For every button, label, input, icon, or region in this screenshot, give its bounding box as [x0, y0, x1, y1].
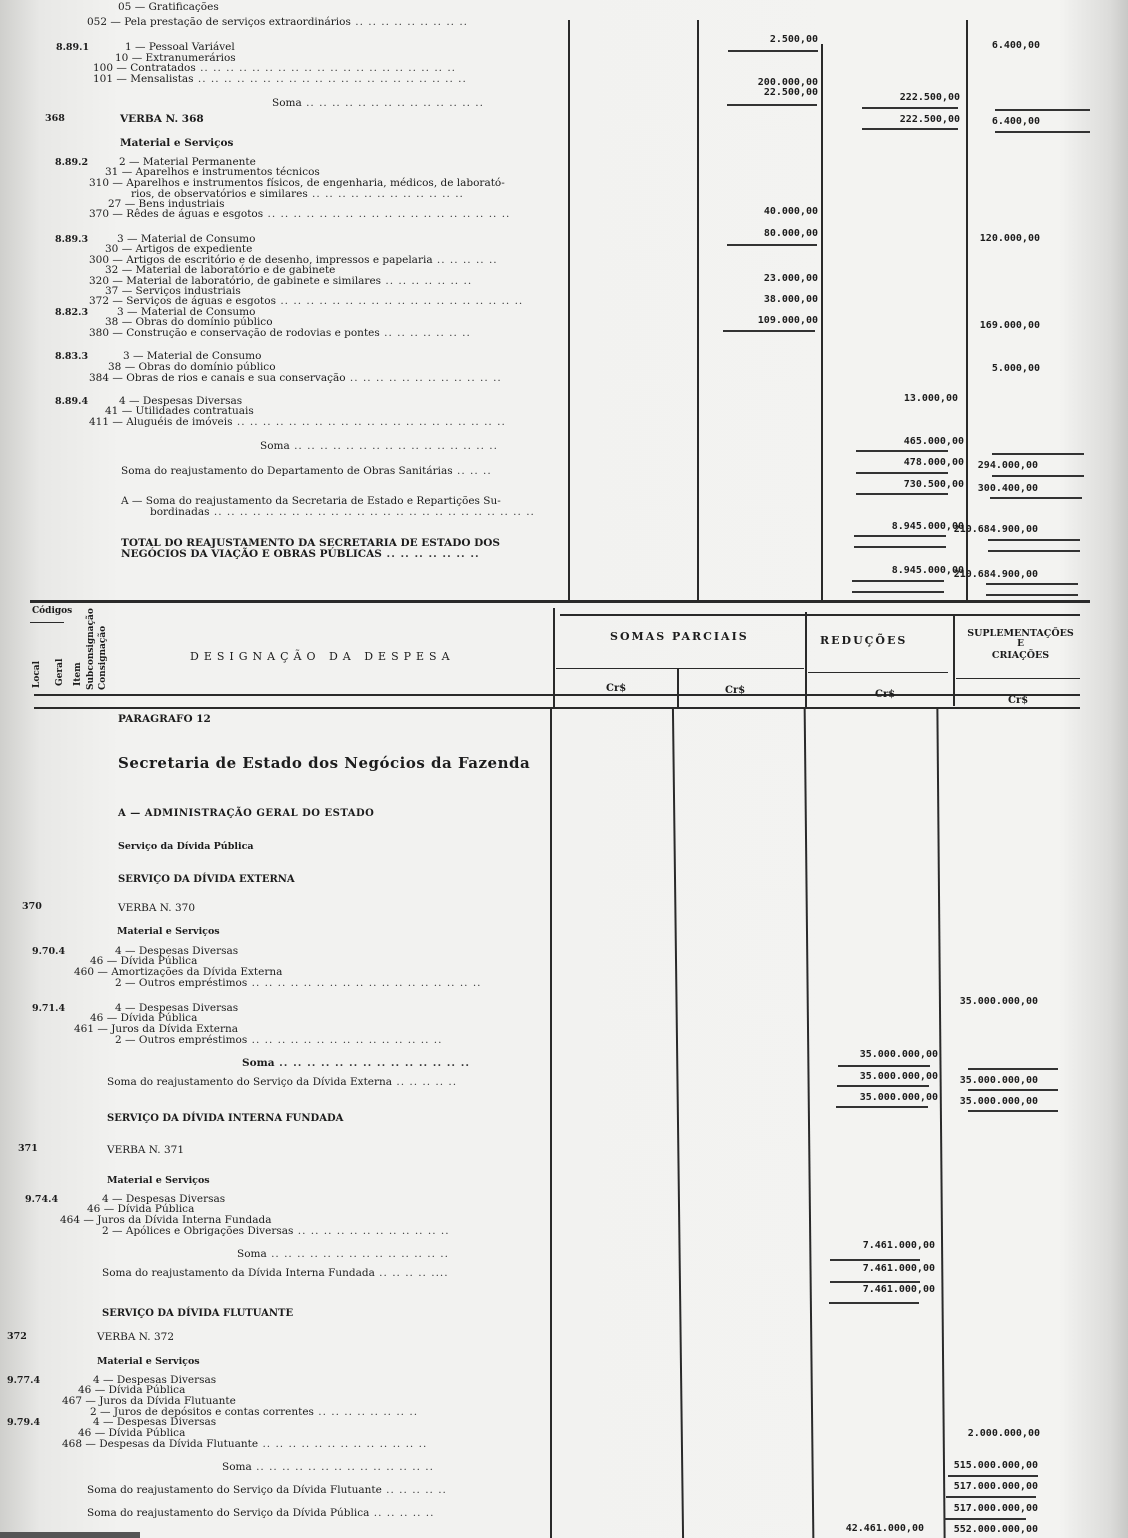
line-redes-aguas: 370 — Rêdes de águas e esgotos .. .. .. …	[89, 209, 510, 220]
line-despesas-flutuante: 468 — Despesas da Dívida Flutuante .. ..…	[62, 1439, 427, 1450]
rule	[990, 497, 1082, 499]
val-alugueis: 13.000,00	[904, 393, 958, 404]
code-9-70-4: 9.70.4	[32, 946, 65, 957]
line-soma-reaj-externa: Soma do reajustamento do Serviço da Dívi…	[107, 1077, 457, 1088]
header-consignacao: Consignação	[98, 616, 108, 690]
line-outros-emprestimos-1: 2 — Outros empréstimos .. .. .. .. .. ..…	[115, 978, 482, 989]
val-reaj-flutuante-supl: 517.000.000,00	[954, 1481, 1038, 1492]
line-soma-372: Soma .. .. .. .. .. .. .. .. .. .. .. ..…	[222, 1462, 434, 1473]
line-mensalistas: 101 — Mensalistas .. .. .. .. .. .. .. .…	[93, 74, 467, 85]
administracao-geral: A — ADMINISTRAÇÃO GERAL DO ESTADO	[118, 808, 374, 819]
header-rule-reducoes	[805, 612, 807, 708]
rule	[837, 1085, 929, 1087]
servico-divida-externa-heading: SERVIÇO DA DÍVIDA EXTERNA	[118, 874, 295, 885]
page-bottom-edge	[0, 1532, 140, 1538]
line-soma-2: Soma .. .. .. .. .. .. .. .. .. .. .. ..…	[260, 441, 498, 452]
header-bottom-rule	[34, 707, 1080, 709]
code-8-83-3: 8.83.3	[55, 351, 88, 362]
rule	[968, 1089, 1058, 1091]
rule	[968, 1110, 1058, 1112]
header-rule-supl	[953, 614, 955, 706]
rule	[856, 472, 948, 474]
codigos-rule	[30, 622, 64, 623]
line-alugueis: 411 — Aluguéis de imóveis .. .. .. .. ..…	[89, 417, 506, 428]
val-soma-371: 7.461.000,00	[863, 1240, 935, 1251]
rule	[856, 450, 948, 452]
val-total-externa-reducoes: 35.000.000,00	[860, 1092, 938, 1103]
header-item: Item	[73, 636, 83, 686]
code-371: 371	[18, 1143, 38, 1154]
line-rodovias-pontes: 380 — Construção e conservação de rodovi…	[89, 328, 471, 339]
val-total-supl-2: 210.684.900,00	[954, 569, 1038, 580]
supl-rule	[956, 678, 1080, 679]
rule	[723, 330, 815, 332]
rule	[992, 453, 1084, 455]
column-rule-designacao	[568, 20, 570, 602]
line-subordinadas: bordinadas .. .. .. .. .. .. .. .. .. ..…	[150, 507, 535, 518]
val-aparelhos: 40.000,00	[764, 206, 818, 217]
val-reaj-externa-reducoes: 35.000.000,00	[860, 1071, 938, 1082]
rule	[836, 1106, 928, 1108]
header-rule-partial	[677, 668, 679, 708]
rule	[830, 1259, 920, 1261]
code-372: 372	[7, 1331, 27, 1342]
val-publica-supl: 552.000.000,00	[954, 1524, 1038, 1535]
material-servicos-370: Material e Serviços	[117, 926, 220, 937]
rule	[829, 1302, 919, 1304]
rule	[854, 535, 946, 537]
material-servicos-1: Material e Serviços	[120, 138, 233, 149]
rule	[968, 1068, 1058, 1070]
line-soma-reaj-interna: Soma do reajustamento da Dívida Interna …	[102, 1268, 449, 1279]
column-rule-reducoes-b	[936, 709, 945, 1538]
rule	[992, 475, 1084, 477]
line-rios-canais: 384 — Obras de rios e canais e sua conse…	[89, 373, 502, 384]
val-gratificacoes-partial: 2.500,00	[770, 34, 818, 45]
val-redes: 80.000,00	[764, 228, 818, 239]
val-soma-reducoes: 222.500,00	[900, 114, 960, 125]
verba-370: VERBA N. 370	[118, 903, 195, 914]
code-9-71-4: 9.71.4	[32, 1003, 65, 1014]
val-total-interna: 7.461.000,00	[863, 1284, 935, 1295]
val-publica-reducoes: 42.461.000,00	[846, 1523, 924, 1534]
code-9-79-4: 9.79.4	[7, 1417, 40, 1428]
line-soma-1: Soma .. .. .. .. .. .. .. .. .. .. .. ..…	[272, 98, 484, 109]
column-rule-reducoes	[966, 20, 968, 602]
rule	[852, 580, 944, 582]
total-reajustamento-line2: NEGÓCIOS DA VIAÇÃO E OBRAS PÚBLICAS .. .…	[121, 549, 480, 560]
rule	[944, 1518, 1026, 1520]
val-amortizacoes-supl: 35.000.000,00	[960, 996, 1038, 1007]
material-servicos-372: Material e Serviços	[97, 1356, 200, 1367]
header-cr-1: Cr$	[606, 683, 626, 694]
column-rule-partial-2-b	[804, 709, 815, 1538]
val-pessoal-soma: 222.500,00	[900, 92, 960, 103]
val-material-consumo-supl: 169.000,00	[980, 320, 1040, 331]
code-9-74-4: 9.74.4	[25, 1194, 58, 1205]
val-servicos-aguas: 38.000,00	[764, 294, 818, 305]
header-rule-designacao	[553, 608, 555, 708]
line-servicos-extraordinarios: 052 — Pela prestação de serviços extraor…	[87, 17, 468, 28]
rule	[727, 104, 817, 106]
servico-divida-interna-heading: SERVIÇO DA DÍVIDA INTERNA FUNDADA	[107, 1113, 343, 1124]
material-servicos-371: Material e Serviços	[107, 1175, 210, 1186]
val-juros-depositos-supl: 2.000.000,00	[968, 1428, 1040, 1439]
val-obras-sanitarias-reducoes: 478.000,00	[904, 457, 964, 468]
val-total-externa-supl: 35.000.000,00	[960, 1096, 1038, 1107]
header-codigos: Códigos	[32, 606, 72, 617]
column-rule-partial-2	[821, 44, 823, 602]
header-geral: Geral	[55, 636, 65, 686]
val-rodovias: 109.000,00	[758, 315, 818, 326]
scanned-budget-page: 05 — Gratificações 052 — Pela prestação …	[0, 0, 1128, 1538]
verba-372: VERBA N. 372	[97, 1332, 174, 1343]
servico-divida-publica: Serviço da Dívida Pública	[118, 841, 254, 852]
header-somas-parciais: SOMAS PARCIAIS	[610, 630, 749, 643]
header-cr-3: Cr$	[875, 689, 895, 700]
column-rule-partial-1-b	[672, 709, 684, 1538]
line-gratificacoes: 05 — Gratificações	[118, 2, 219, 13]
val-secretaria-supl: 300.400,00	[978, 483, 1038, 494]
val-secretaria-reducoes: 730.500,00	[904, 479, 964, 490]
val-soma-370: 35.000.000,00	[860, 1049, 938, 1060]
rule	[830, 1281, 920, 1283]
val-reaj-interna: 7.461.000,00	[863, 1263, 935, 1274]
header-cr-2: Cr$	[725, 685, 745, 696]
val-total-supl-1: 210.684.900,00	[954, 524, 1038, 535]
val-gratificacoes-supl: 6.400,00	[992, 40, 1040, 51]
header-local: Local	[32, 638, 42, 688]
header-criacoes: CRIAÇÕES	[958, 650, 1083, 661]
somas-parciais-rule	[556, 668, 804, 669]
column-rule-partial-1	[697, 20, 699, 602]
rule	[988, 539, 1080, 541]
line-soma-obras-sanitarias: Soma do reajustamento do Departamento de…	[121, 466, 492, 477]
line-soma-reaj-flutuante: Soma do reajustamento do Serviço da Dívi…	[87, 1485, 447, 1496]
line-soma-371: Soma .. .. .. .. .. .. .. .. .. .. .. ..…	[237, 1249, 449, 1260]
rule	[838, 1065, 930, 1067]
rule	[856, 493, 948, 495]
paragrafo-12: PARAGRAFO 12	[118, 714, 211, 725]
code-8-89-1: 8.89.1	[56, 42, 89, 53]
header-suplementacoes: SUPLEMENTAÇÕES	[958, 628, 1083, 639]
code-368: 368	[45, 113, 65, 124]
val-rios-canais-supl: 5.000,00	[992, 363, 1040, 374]
rule	[986, 583, 1078, 585]
rule	[988, 550, 1080, 552]
header-designacao: DESIGNAÇÃO DA DESPESA	[190, 650, 455, 663]
header-subconsignacao: Subconsignação	[86, 600, 96, 690]
line-apolices: 2 — Apólices e Obrigações Diversas .. ..…	[102, 1226, 450, 1237]
val-reaj-externa-supl: 35.000.000,00	[960, 1075, 1038, 1086]
servico-divida-flutuante-heading: SERVIÇO DA DÍVIDA FLUTUANTE	[102, 1308, 293, 1319]
val-obras-sanitarias-supl: 294.000,00	[978, 460, 1038, 471]
secretaria-title: Secretaria de Estado dos Negócios da Faz…	[118, 758, 530, 769]
val-laboratorio: 23.000,00	[764, 273, 818, 284]
header-top-rule	[30, 600, 1090, 603]
verba-368: VERBA N. 368	[120, 114, 204, 125]
rule	[852, 591, 944, 593]
rule	[728, 50, 818, 52]
rule	[995, 131, 1090, 133]
val-soma-supl: 6.400,00	[992, 116, 1040, 127]
reducoes-rule	[808, 672, 948, 673]
code-8-82-3: 8.82.3	[55, 307, 88, 318]
rule	[986, 594, 1078, 596]
rule	[948, 1475, 1038, 1477]
line-soma-reaj-publica: Soma do reajustamento do Serviço da Dívi…	[87, 1508, 434, 1519]
rule	[946, 1496, 1036, 1498]
val-soma2-reducoes: 465.000,00	[904, 436, 964, 447]
code-370: 370	[22, 901, 42, 912]
line-soma-370: Soma .. .. .. .. .. .. .. .. .. .. .. ..…	[242, 1058, 470, 1069]
header-supl-e: E	[958, 639, 1083, 649]
code-8-89-2: 8.89.2	[55, 157, 88, 168]
codes-bottom-rule	[34, 694, 1080, 696]
rule	[862, 128, 958, 130]
val-reaj2-flutuante-supl: 517.000.000,00	[954, 1503, 1038, 1514]
verba-371: VERBA N. 371	[107, 1145, 184, 1156]
code-8-89-4: 8.89.4	[55, 396, 88, 407]
code-9-77-4: 9.77.4	[7, 1375, 40, 1386]
header-cr-4: Cr$	[1008, 695, 1028, 706]
rule	[862, 107, 958, 109]
val-mensalistas: 22.500,00	[764, 87, 818, 98]
line-outros-emprestimos-2: 2 — Outros empréstimos .. .. .. .. .. ..…	[115, 1035, 442, 1046]
header-top-rule-2	[560, 614, 1080, 616]
column-rule-designacao-b	[550, 709, 552, 1538]
header-reducoes: REDUÇÕES	[820, 634, 907, 647]
val-soma-372-supl: 515.000.000,00	[954, 1460, 1038, 1471]
val-material-permanente-supl: 120.000,00	[980, 233, 1040, 244]
code-8-89-3: 8.89.3	[55, 234, 88, 245]
rule	[995, 109, 1090, 111]
rule	[727, 244, 817, 246]
rule	[854, 546, 946, 548]
